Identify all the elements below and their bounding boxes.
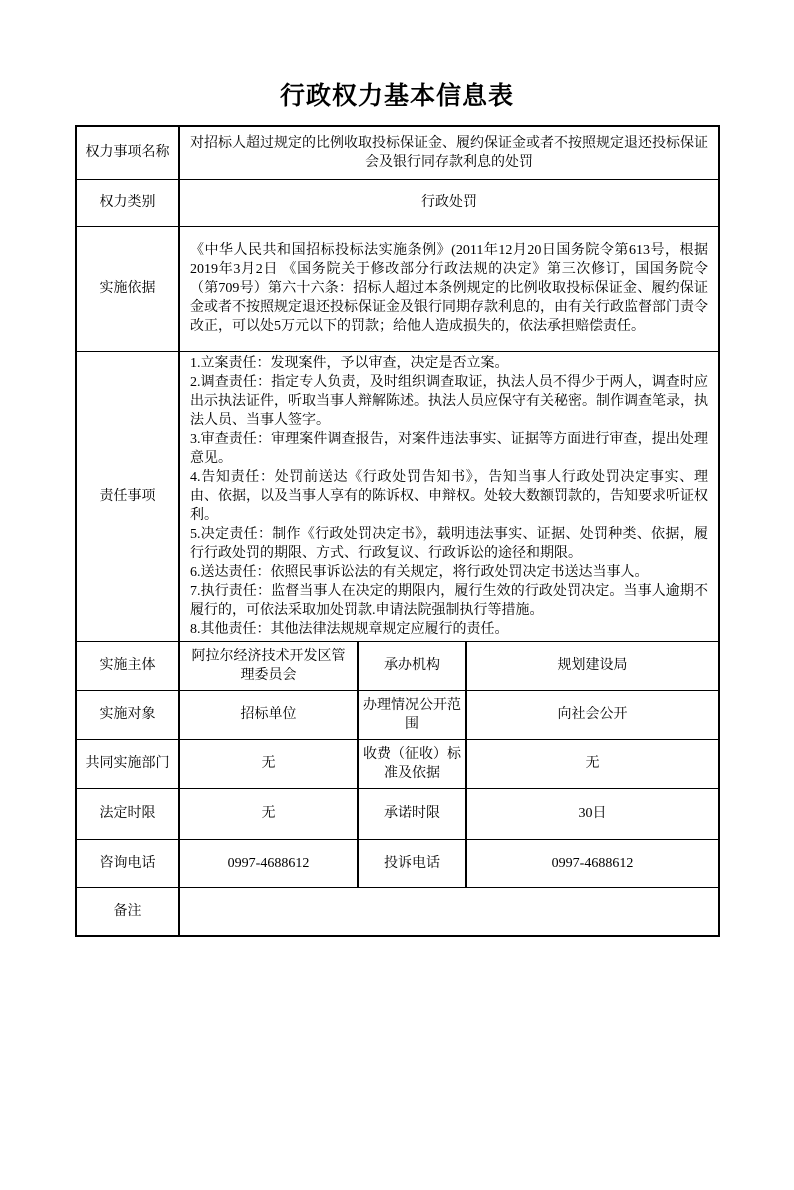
row-power-type: 权力类别 行政处罚: [76, 179, 719, 226]
label-complaint-phone: 投诉电话: [358, 839, 466, 887]
row-legal-basis: 实施依据 《中华人民共和国招标投标法实施条例》(2011年12月20日国务院令第…: [76, 226, 719, 351]
value-handling-agency: 规划建设局: [466, 641, 719, 690]
value-disclosure-scope: 向社会公开: [466, 690, 719, 739]
label-fee-standard: 收费（征收）标准及依据: [358, 739, 466, 788]
label-statutory-limit: 法定时限: [76, 788, 179, 839]
label-item-name: 权力事项名称: [76, 126, 179, 179]
value-inquiry-phone: 0997-4688612: [179, 839, 358, 887]
row-implementer: 实施主体 阿拉尔经济技术开发区管理委员会 承办机构 规划建设局: [76, 641, 719, 690]
label-remark: 备注: [76, 887, 179, 936]
label-joint-dept: 共同实施部门: [76, 739, 179, 788]
info-table: 权力事项名称 对招标人超过规定的比例收取投标保证金、履约保证金或者不按照规定退还…: [75, 125, 720, 937]
value-duties: 1.立案责任：发现案件，予以审查，决定是否立案。 2.调查责任：指定专人负责，及…: [179, 351, 719, 641]
value-fee-standard: 无: [466, 739, 719, 788]
row-joint-dept: 共同实施部门 无 收费（征收）标准及依据 无: [76, 739, 719, 788]
label-legal-basis: 实施依据: [76, 226, 179, 351]
value-implementer: 阿拉尔经济技术开发区管理委员会: [179, 641, 358, 690]
row-time-limit: 法定时限 无 承诺时限 30日: [76, 788, 719, 839]
row-phone: 咨询电话 0997-4688612 投诉电话 0997-4688612: [76, 839, 719, 887]
value-legal-basis: 《中华人民共和国招标投标法实施条例》(2011年12月20日国务院令第613号，…: [179, 226, 719, 351]
value-power-type: 行政处罚: [179, 179, 719, 226]
label-implementer: 实施主体: [76, 641, 179, 690]
page-title: 行政权力基本信息表: [0, 82, 794, 112]
label-inquiry-phone: 咨询电话: [76, 839, 179, 887]
label-handling-agency: 承办机构: [358, 641, 466, 690]
value-statutory-limit: 无: [179, 788, 358, 839]
label-duties: 责任事项: [76, 351, 179, 641]
value-item-name: 对招标人超过规定的比例收取投标保证金、履约保证金或者不按照规定退还投标保证会及银…: [179, 126, 719, 179]
label-promised-limit: 承诺时限: [358, 788, 466, 839]
value-target: 招标单位: [179, 690, 358, 739]
value-complaint-phone: 0997-4688612: [466, 839, 719, 887]
label-target: 实施对象: [76, 690, 179, 739]
row-duties: 责任事项 1.立案责任：发现案件，予以审查，决定是否立案。 2.调查责任：指定专…: [76, 351, 719, 641]
value-joint-dept: 无: [179, 739, 358, 788]
row-remark: 备注: [76, 887, 719, 936]
row-target: 实施对象 招标单位 办理情况公开范围 向社会公开: [76, 690, 719, 739]
label-power-type: 权力类别: [76, 179, 179, 226]
label-disclosure-scope: 办理情况公开范围: [358, 690, 466, 739]
row-item-name: 权力事项名称 对招标人超过规定的比例收取投标保证金、履约保证金或者不按照规定退还…: [76, 126, 719, 179]
value-promised-limit: 30日: [466, 788, 719, 839]
value-remark: [179, 887, 719, 936]
